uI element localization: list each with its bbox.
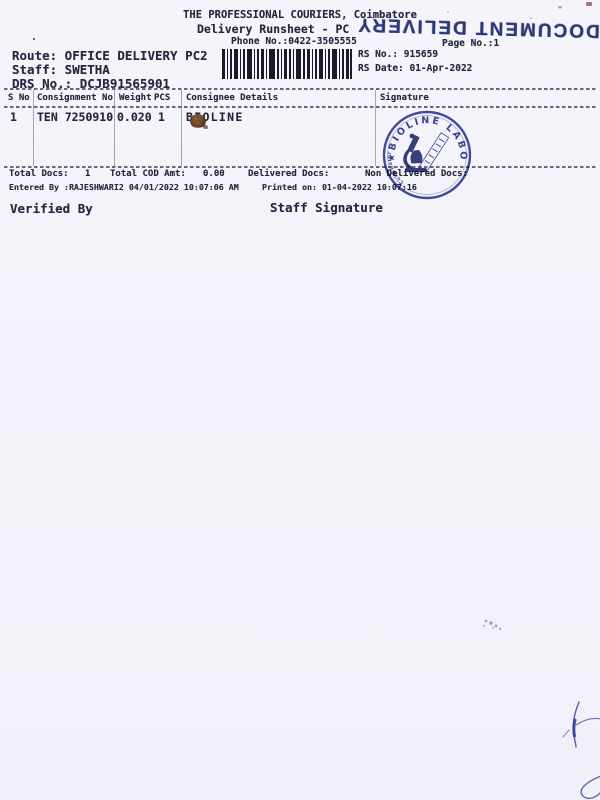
table-top-rule <box>4 88 596 90</box>
rs-no-line: RS No.: 915659 <box>358 50 438 60</box>
document-delivery-stamp: DOCUMENT DELIVERY <box>352 8 600 41</box>
header-signature: Signature <box>380 94 429 104</box>
teal-smudge <box>483 620 501 631</box>
column-divider <box>181 90 182 166</box>
bioline-round-stamp: ★BIOLINE LABO Coimbatore <box>377 108 477 208</box>
table-bottom-rule <box>4 166 596 168</box>
total-docs-value: 1 <box>85 170 90 180</box>
header-consignment-no: Consignment No <box>37 94 113 104</box>
staff-signature-label: Staff Signature <box>270 201 383 215</box>
entered-by-line: Entered By :RAJESHWARI2 04/01/2022 10:07… <box>9 183 239 192</box>
cod-amount-value: 0.00 <box>203 170 225 180</box>
microscope-icon <box>403 134 427 172</box>
header-pcs: PCS <box>154 94 170 104</box>
row-consignment-no: TEN 7250910 <box>37 111 113 124</box>
document-title: Delivery Runsheet - PC <box>197 23 349 36</box>
column-divider <box>375 90 376 166</box>
table-header-rule <box>4 106 596 108</box>
rs-date-line: RS Date: 01-Apr-2022 <box>358 64 472 74</box>
header-weight: Weight <box>119 94 152 104</box>
column-divider <box>114 90 115 166</box>
route-line: Route: OFFICE DELIVERY PC2 <box>12 49 208 63</box>
runsheet-document: THE PROFESSIONAL COURIERS, Coimbatore De… <box>0 0 600 800</box>
ink-dot <box>33 38 35 40</box>
delivered-docs-label: Delivered Docs: <box>248 170 329 180</box>
verified-by-label: Verified By <box>10 202 93 216</box>
cod-amount-label: Total COD Amt: <box>110 170 186 180</box>
row-pcs: 1 <box>158 111 165 124</box>
page-number: Page No.:1 <box>442 39 499 49</box>
staff-line: Staff: SWETHA <box>12 63 110 77</box>
header-s-no: S No <box>8 94 30 104</box>
row-s-no: 1 <box>10 111 17 124</box>
barcode <box>222 49 352 79</box>
header-consignee-details: Consignee Details <box>186 94 278 104</box>
column-divider <box>33 90 34 166</box>
row-weight: 0.020 <box>117 111 152 124</box>
total-docs-label: Total Docs: <box>9 170 69 180</box>
stamp-date-band <box>419 133 448 171</box>
phone-number: Phone No.:0422-3505555 <box>231 37 357 47</box>
ink-smudge-small <box>203 125 208 129</box>
